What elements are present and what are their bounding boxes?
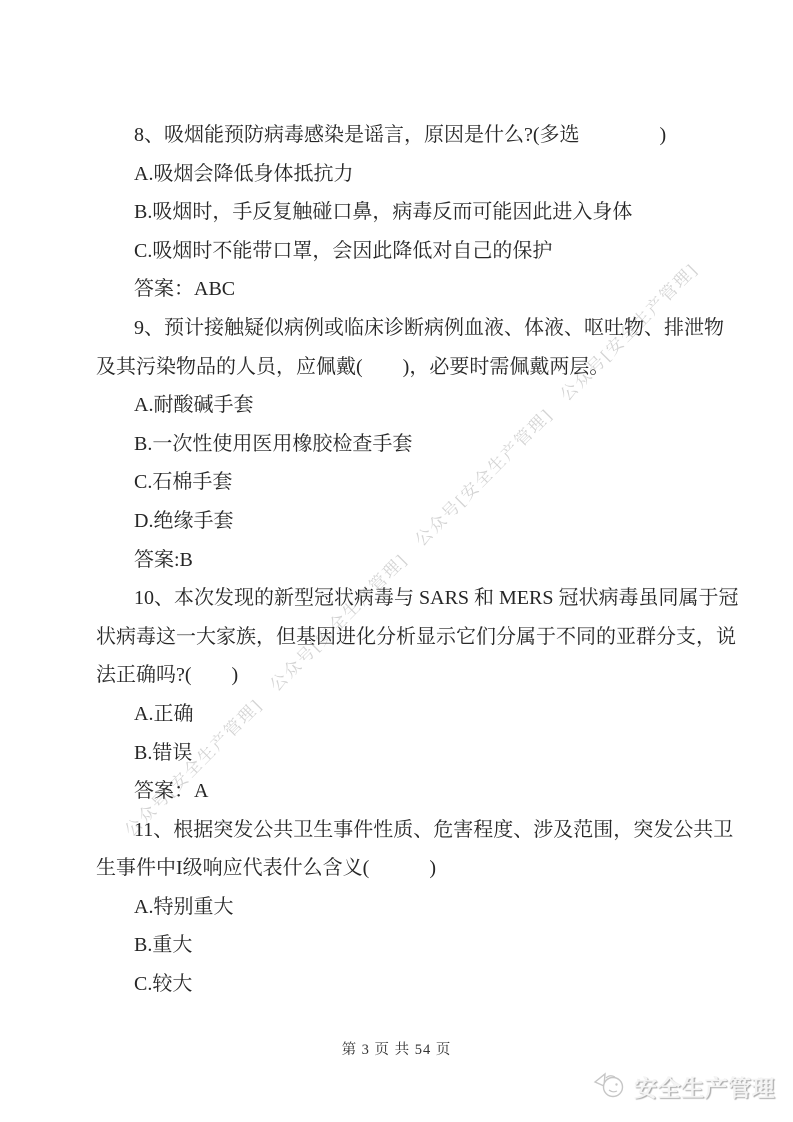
question-option: B.重大 bbox=[96, 926, 720, 965]
document-page: 公众号[安全生产管理] 公众号[安全生产管理] 公众号[安全生产管理] 公众号[… bbox=[0, 0, 793, 1122]
question-option: B.吸烟时，手反复触碰口鼻，病毒反而可能因此进入身体 bbox=[96, 193, 720, 232]
question-option: B.一次性使用医用橡胶检查手套 bbox=[96, 425, 720, 464]
brand-name: 安全生产管理 bbox=[634, 1070, 775, 1103]
question-option: A.正确 bbox=[96, 695, 720, 734]
question-option: B.错误 bbox=[96, 734, 720, 773]
question-answer: 答案：A bbox=[96, 772, 720, 811]
question-option: C.吸烟时不能带口罩，会因此降低对自己的保护 bbox=[96, 232, 720, 271]
question-stem-line: 8、吸烟能预防病毒感染是谣言，原因是什么?(多选 ) bbox=[96, 116, 720, 155]
question-stem-line: 9、预计接触疑似病例或临床诊断病例血液、体液、呕吐物、排泄物 bbox=[96, 309, 720, 348]
question-answer: 答案：ABC bbox=[96, 270, 720, 309]
question-option: C.石棉手套 bbox=[96, 463, 720, 502]
question-option: A.特别重大 bbox=[96, 888, 720, 927]
document-content: 8、吸烟能预防病毒感染是谣言，原因是什么?(多选 )A.吸烟会降低身体抵抗力B.… bbox=[96, 116, 720, 1004]
question-option: D.绝缘手套 bbox=[96, 502, 720, 541]
question-option: C.较大 bbox=[96, 965, 720, 1004]
question-stem-line: 11、根据突发公共卫生事件性质、危害程度、涉及范围，突发公共卫 bbox=[96, 811, 720, 850]
question-stem-line: 生事件中I级响应代表什么含义( ) bbox=[96, 849, 720, 888]
question-answer: 答案:B bbox=[96, 541, 720, 580]
question-stem-line: 状病毒这一大家族，但基因进化分析显示它们分属于不同的亚群分支，说 bbox=[96, 618, 720, 657]
question-option: A.吸烟会降低身体抵抗力 bbox=[96, 155, 720, 194]
page-number: 第 3 页 共 54 页 bbox=[0, 1038, 793, 1059]
brand-badge: 安全生产管理 bbox=[592, 1068, 775, 1104]
question-option: A.耐酸碱手套 bbox=[96, 386, 720, 425]
question-stem-line: 10、本次发现的新型冠状病毒与 SARS 和 MERS 冠状病毒虽同属于冠 bbox=[96, 579, 720, 618]
safety-mascot-icon bbox=[592, 1068, 628, 1104]
question-stem-line: 及其污染物品的人员，应佩戴( )，必要时需佩戴两层。 bbox=[96, 348, 720, 387]
question-stem-line: 法正确吗?( ) bbox=[96, 656, 720, 695]
